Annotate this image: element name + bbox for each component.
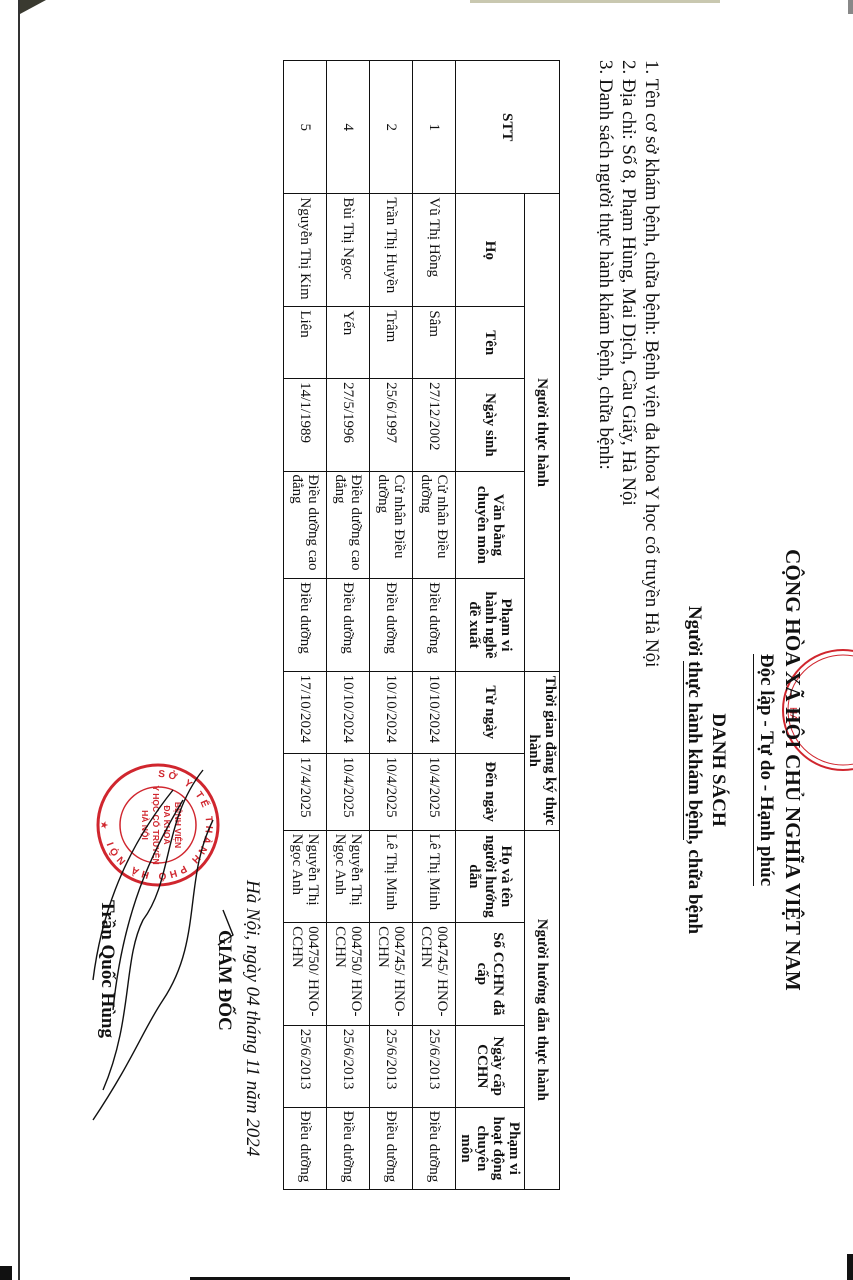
- cell-so-cchn: 004745/ HNO-CCHN: [370, 923, 413, 1026]
- cell-den-ngay: 10/4/2025: [370, 753, 413, 830]
- table-row: 4Bùi Thị NgọcYến27/5/1996Điều dưỡng cao …: [327, 61, 370, 1190]
- cell-tu-ngay: 10/10/2024: [370, 671, 413, 753]
- cell-pham-vi-de-xuat: Điều dưỡng: [370, 579, 413, 671]
- info-address: 2. Địa chỉ: Số 8, Phạm Hùng, Mai Dịch, C…: [617, 60, 640, 667]
- cell-pham-vi-hd: Điều dưỡng: [370, 1107, 413, 1189]
- practitioner-table: STT Người thực hành Thời gian đăng ký th…: [283, 60, 560, 1190]
- cell-pham-vi-hd: Điều dưỡng: [413, 1107, 456, 1189]
- cell-van-bang: Cử nhân Điều dưỡng: [370, 471, 413, 579]
- col-pham-vi-hoat-dong: Phạm vi hoạt động chuyên môn: [456, 1107, 525, 1189]
- col-ho: Họ: [456, 194, 525, 307]
- info-list: 1. Tên cơ sở khám bệnh, chữa bệnh: Bệnh …: [594, 60, 663, 667]
- header-period: Thời gian đăng ký thực hành: [525, 671, 560, 830]
- cell-ngay-sinh: 25/6/1997: [370, 379, 413, 471]
- cell-van-bang: Cử nhân Điều dưỡng: [413, 471, 456, 579]
- table-row: 1Vũ Thị HồngSâm27/12/2002Cử nhân Điều dư…: [413, 61, 456, 1190]
- national-motto: Độc lập - Tự do - Hạnh phúc: [755, 430, 777, 1110]
- cell-ho: Bùi Thị Ngọc: [327, 194, 370, 307]
- cell-den-ngay: 17/4/2025: [284, 753, 327, 830]
- info-facility-name: 1. Tên cơ sở khám bệnh, chữa bệnh: Bệnh …: [640, 60, 663, 667]
- col-ho-ten-huong-dan: Họ và tên người hướng dẫn: [456, 830, 525, 922]
- cell-pham-vi-hd: Điều dưỡng: [327, 1107, 370, 1189]
- cell-so-cchn: 004745/ HNO-CCHN: [413, 923, 456, 1026]
- cell-pham-vi-de-xuat: Điều dưỡng: [327, 579, 370, 671]
- cell-stt: 2: [370, 61, 413, 194]
- document-page: HÀ CỘNG HÒA XÃ HỘI CHỦ NGHĨA VIỆT NAM Độ…: [0, 0, 853, 1280]
- header-stt: STT: [456, 61, 560, 194]
- cell-so-cchn: 004750/ HNO-CCHN: [284, 923, 327, 1026]
- cell-den-ngay: 10/4/2025: [327, 753, 370, 830]
- cell-ngay-cap: 25/6/2013: [413, 1025, 456, 1107]
- col-pham-vi-de-xuat: Phạm vi hành nghề đề xuất: [456, 579, 525, 671]
- info-list-heading: 3. Danh sách người thực hành khám bệnh, …: [594, 60, 617, 667]
- cell-ho-ten-hd: Nguyễn Thị Ngọc Anh: [284, 830, 327, 922]
- cell-tu-ngay: 10/10/2024: [413, 671, 456, 753]
- cell-ho: Trần Thị Huyền: [370, 194, 413, 307]
- col-van-bang: Văn bằng chuyên môn: [456, 471, 525, 579]
- cell-ten: Sâm: [413, 307, 456, 379]
- cell-ngay-cap: 25/6/2013: [327, 1025, 370, 1107]
- cell-den-ngay: 10/4/2025: [413, 753, 456, 830]
- cell-ngay-sinh: 14/1/1989: [284, 379, 327, 471]
- cell-stt: 1: [413, 61, 456, 194]
- col-ten: Tên: [456, 307, 525, 379]
- cell-ho: Nguyễn Thị Kim: [284, 194, 327, 307]
- cell-ho-ten-hd: Nguyễn Thị Ngọc Anh: [327, 830, 370, 922]
- cell-ngay-sinh: 27/5/1996: [327, 379, 370, 471]
- cell-ngay-sinh: 27/12/2002: [413, 379, 456, 471]
- cell-ngay-cap: 25/6/2013: [284, 1025, 327, 1107]
- cell-stt: 5: [284, 61, 327, 194]
- cell-ho-ten-hd: Lê Thị Minh: [413, 830, 456, 922]
- cell-ho: Vũ Thị Hồng: [413, 194, 456, 307]
- signing-date: Hà Nội, ngày 04 tháng 11 năm 2024: [241, 880, 263, 1156]
- table-row: 2Trần Thị HuyềnTrâm25/6/1997Cử nhân Điều…: [370, 61, 413, 1190]
- document-title: DANH SÁCH: [707, 430, 729, 1110]
- cell-van-bang: Điều dưỡng cao đẳng: [284, 471, 327, 579]
- cell-ten: Liên: [284, 307, 327, 379]
- cell-stt: 4: [327, 61, 370, 194]
- table-row: 5Nguyễn Thị KimLiên14/1/1989Điều dưỡng c…: [284, 61, 327, 1190]
- cell-pham-vi-de-xuat: Điều dưỡng: [413, 579, 456, 671]
- document-subtitle: Người thực hành khám bệnh, chữa bệnh: [683, 430, 705, 1110]
- header-practitioner: Người thực hành: [525, 194, 560, 671]
- cell-van-bang: Điều dưỡng cao đẳng: [327, 471, 370, 579]
- cell-so-cchn: 004750/ HNO-CCHN: [327, 923, 370, 1026]
- col-tu-ngay: Từ ngày: [456, 671, 525, 753]
- country-heading: CỘNG HÒA XÃ HỘI CHỦ NGHĨA VIỆT NAM: [780, 430, 805, 1110]
- cell-tu-ngay: 17/10/2024: [284, 671, 327, 753]
- cell-tu-ngay: 10/10/2024: [327, 671, 370, 753]
- col-ngay-sinh: Ngày sinh: [456, 379, 525, 471]
- cell-pham-vi-hd: Điều dưỡng: [284, 1107, 327, 1189]
- col-so-cchn: Số CCHN đã cấp: [456, 923, 525, 1026]
- cell-pham-vi-de-xuat: Điều dưỡng: [284, 579, 327, 671]
- header-instructor: Người hướng dẫn thực hành: [525, 830, 560, 1189]
- signer-name: Trần Quốc Hùng: [96, 900, 118, 1038]
- col-ngay-cap: Ngày cấp CCHN: [456, 1025, 525, 1107]
- cell-ten: Yến: [327, 307, 370, 379]
- col-den-ngay: Đến ngày: [456, 753, 525, 830]
- cell-ho-ten-hd: Lê Thị Minh: [370, 830, 413, 922]
- cell-ngay-cap: 25/6/2013: [370, 1025, 413, 1107]
- cell-ten: Trâm: [370, 307, 413, 379]
